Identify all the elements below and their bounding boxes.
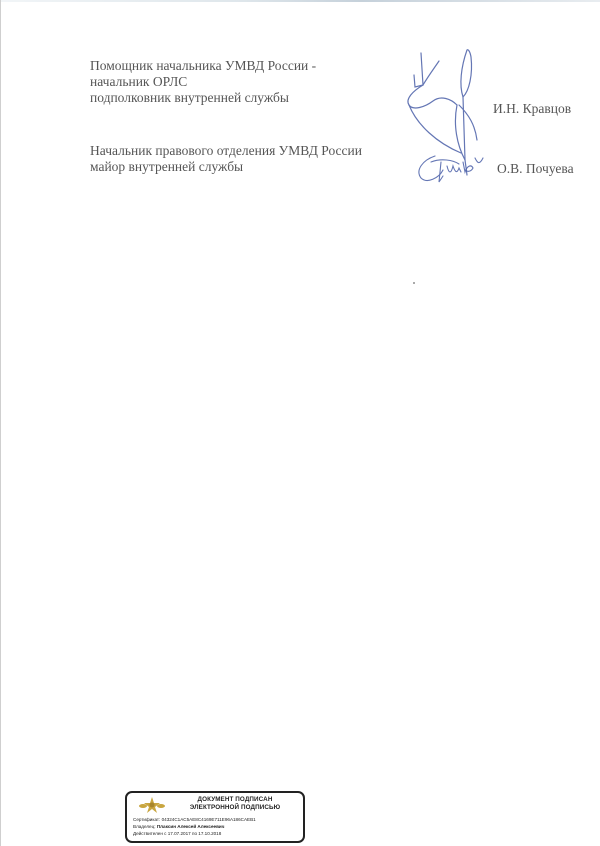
signatory-1-position-line: Помощник начальника УМВД России - (90, 58, 316, 74)
stamp-owner-label: Владелец: (133, 824, 156, 829)
scan-edge (1, 0, 600, 2)
stamp-owner-value: Плаксин Алексей Алексеевич (157, 824, 225, 829)
scan-speck (413, 282, 415, 284)
mvd-emblem-icon (139, 796, 165, 816)
signatory-1-name: И.Н. Кравцов (493, 101, 571, 117)
handwritten-signature-2-icon (413, 148, 493, 188)
stamp-validity: Действителен с 17.07.2017 по 17.10.2018 (133, 831, 221, 837)
document-page: Помощник начальника УМВД России - началь… (0, 0, 600, 846)
signatory-2-name: О.В. Почуева (497, 161, 574, 177)
signatory-2-position: Начальник правового отделения УМВД Росси… (90, 143, 362, 175)
stamp-title-line-2: ЭЛЕКТРОННОЙ ПОДПИСЬЮ (169, 804, 301, 812)
signatory-2-position-line: Начальник правового отделения УМВД Росси… (90, 143, 362, 159)
signatory-1-position: Помощник начальника УМВД России - началь… (90, 58, 316, 106)
stamp-owner: Владелец: Плаксин Алексей Алексеевич (133, 824, 224, 830)
stamp-title: ДОКУМЕНТ ПОДПИСАН ЭЛЕКТРОННОЙ ПОДПИСЬЮ (169, 796, 301, 812)
stamp-certificate: Сертификат: 04324C1AC5AE8C4169E711E96A18… (133, 817, 256, 823)
electronic-signature-stamp: ДОКУМЕНТ ПОДПИСАН ЭЛЕКТРОННОЙ ПОДПИСЬЮ С… (125, 791, 305, 843)
signatory-1-position-line: начальник ОРЛС (90, 74, 316, 90)
stamp-title-line-1: ДОКУМЕНТ ПОДПИСАН (169, 796, 301, 804)
stamp-certificate-label: Сертификат: (133, 817, 160, 822)
signatory-2-position-line: майор внутренней службы (90, 159, 362, 175)
signatory-1-position-line: подполковник внутренней службы (90, 90, 316, 106)
stamp-certificate-value: 04324C1AC5AE8C4169E711E96A186CAEB1 (162, 817, 256, 822)
